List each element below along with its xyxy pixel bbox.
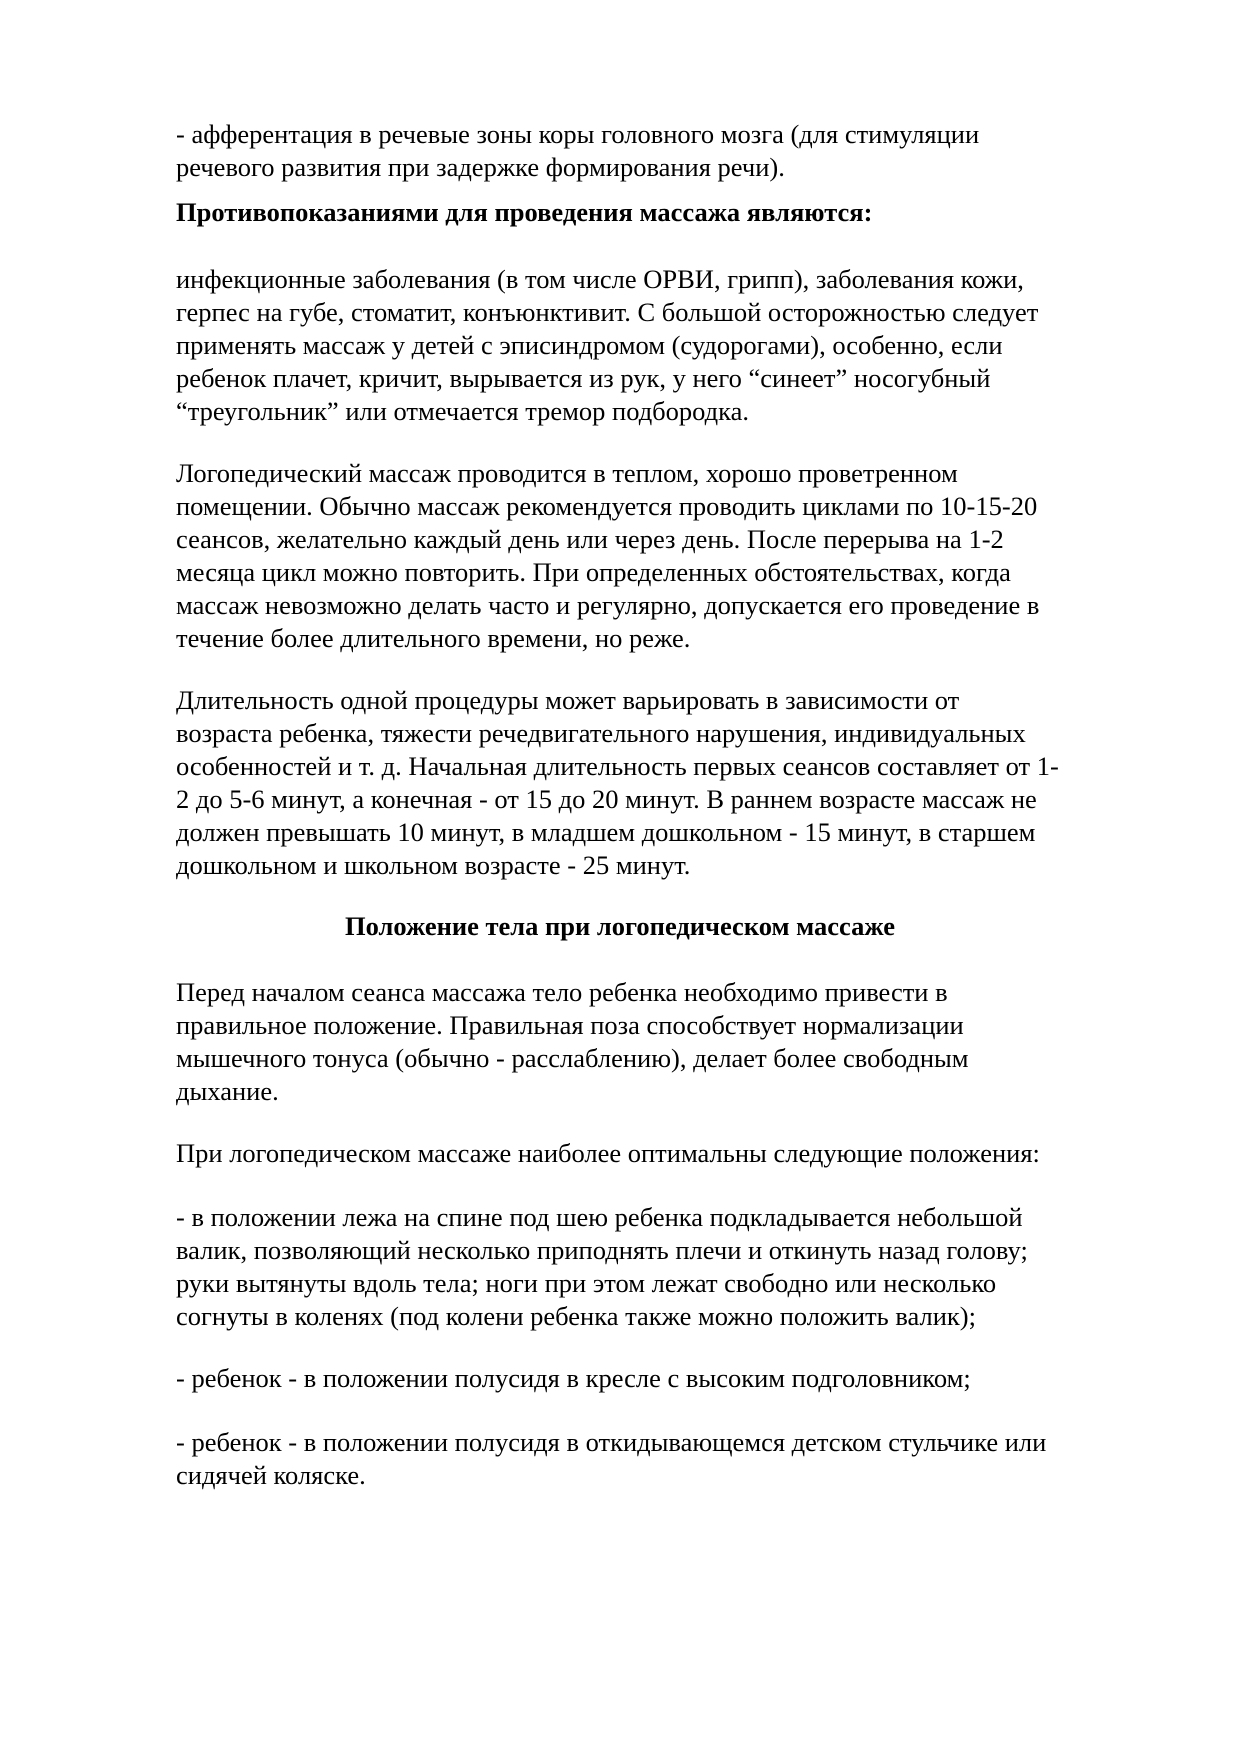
text-line: Перед началом сеанса массажа тело ребенк…	[176, 976, 1156, 1009]
text-line: особенностей и т. д. Начальная длительно…	[176, 750, 1156, 783]
text-line: валик, позволяющий несколько приподнять …	[176, 1234, 1156, 1267]
paragraph-contraindications: инфекционные заболевания (в том числе ОР…	[176, 263, 1156, 428]
text-line: сеансов, желательно каждый день или чере…	[176, 523, 1156, 556]
text-line: Логопедический массаж проводится в тепло…	[176, 457, 1156, 490]
paragraph-position-armchair: - ребенок - в положении полусидя в кресл…	[176, 1362, 1156, 1395]
text-line: инфекционные заболевания (в том числе ОР…	[176, 263, 1156, 296]
text-line: руки вытянуты вдоль тела; ноги при этом …	[176, 1267, 1156, 1300]
text-line: - афферентация в речевые зоны коры голов…	[176, 118, 1156, 151]
text-line: мышечного тонуса (обычно - расслаблению)…	[176, 1042, 1156, 1075]
paragraph-optimal-positions: При логопедическом массаже наиболее опти…	[176, 1137, 1156, 1170]
text-line: возраста ребенка, тяжести речедвигательн…	[176, 717, 1156, 750]
text-line: ребенок плачет, кричит, вырывается из ру…	[176, 362, 1156, 395]
paragraph-afferentation: - афферентация в речевые зоны коры голов…	[176, 118, 1156, 184]
text-line: применять массаж у детей с эписиндромом …	[176, 329, 1156, 362]
text-line: “треугольник” или отмечается тремор подб…	[176, 395, 1156, 428]
text-line: дошкольном и школьном возрасте - 25 мину…	[176, 849, 1156, 882]
text-line: должен превышать 10 минут, в младшем дош…	[176, 816, 1156, 849]
text-line: массаж невозможно делать часто и регуляр…	[176, 589, 1156, 622]
text-line: Длительность одной процедуры может варьи…	[176, 684, 1156, 717]
text-line: согнуты в коленях (под колени ребенка та…	[176, 1300, 1156, 1333]
text-line: месяца цикл можно повторить. При определ…	[176, 556, 1156, 589]
text-line: При логопедическом массаже наиболее опти…	[176, 1137, 1156, 1170]
paragraph-position-intro: Перед началом сеанса массажа тело ребенк…	[176, 976, 1156, 1108]
text-line: - в положении лежа на спине под шею ребе…	[176, 1201, 1156, 1234]
heading-contraindications: Противопоказаниями для проведения массаж…	[176, 196, 1156, 229]
section-heading: Противопоказаниями для проведения массаж…	[176, 196, 1156, 229]
text-line: помещении. Обычно массаж рекомендуется п…	[176, 490, 1156, 523]
paragraph-duration: Длительность одной процедуры может варьи…	[176, 684, 1156, 882]
paragraph-position-lying: - в положении лежа на спине под шею ребе…	[176, 1201, 1156, 1333]
text-line: герпес на губе, стоматит, конъюнктивит. …	[176, 296, 1156, 329]
paragraph-position-chair: - ребенок - в положении полусидя в откид…	[176, 1426, 1156, 1492]
text-line: 2 до 5-6 минут, а конечная - от 15 до 20…	[176, 783, 1156, 816]
text-line: правильное положение. Правильная поза сп…	[176, 1009, 1156, 1042]
paragraph-conditions: Логопедический массаж проводится в тепло…	[176, 457, 1156, 655]
text-line: - ребенок - в положении полусидя в кресл…	[176, 1362, 1156, 1395]
document-page: - афферентация в речевые зоны коры голов…	[0, 0, 1240, 1754]
text-line: речевого развития при задержке формирова…	[176, 151, 1156, 184]
text-line: дыхание.	[176, 1075, 1156, 1108]
section-heading: Положение тела при логопедическом массаж…	[0, 910, 1240, 943]
text-line: сидячей коляске.	[176, 1459, 1156, 1492]
text-line: - ребенок - в положении полусидя в откид…	[176, 1426, 1156, 1459]
text-line: течение более длительного времени, но ре…	[176, 622, 1156, 655]
heading-body-position: Положение тела при логопедическом массаж…	[0, 910, 1240, 943]
